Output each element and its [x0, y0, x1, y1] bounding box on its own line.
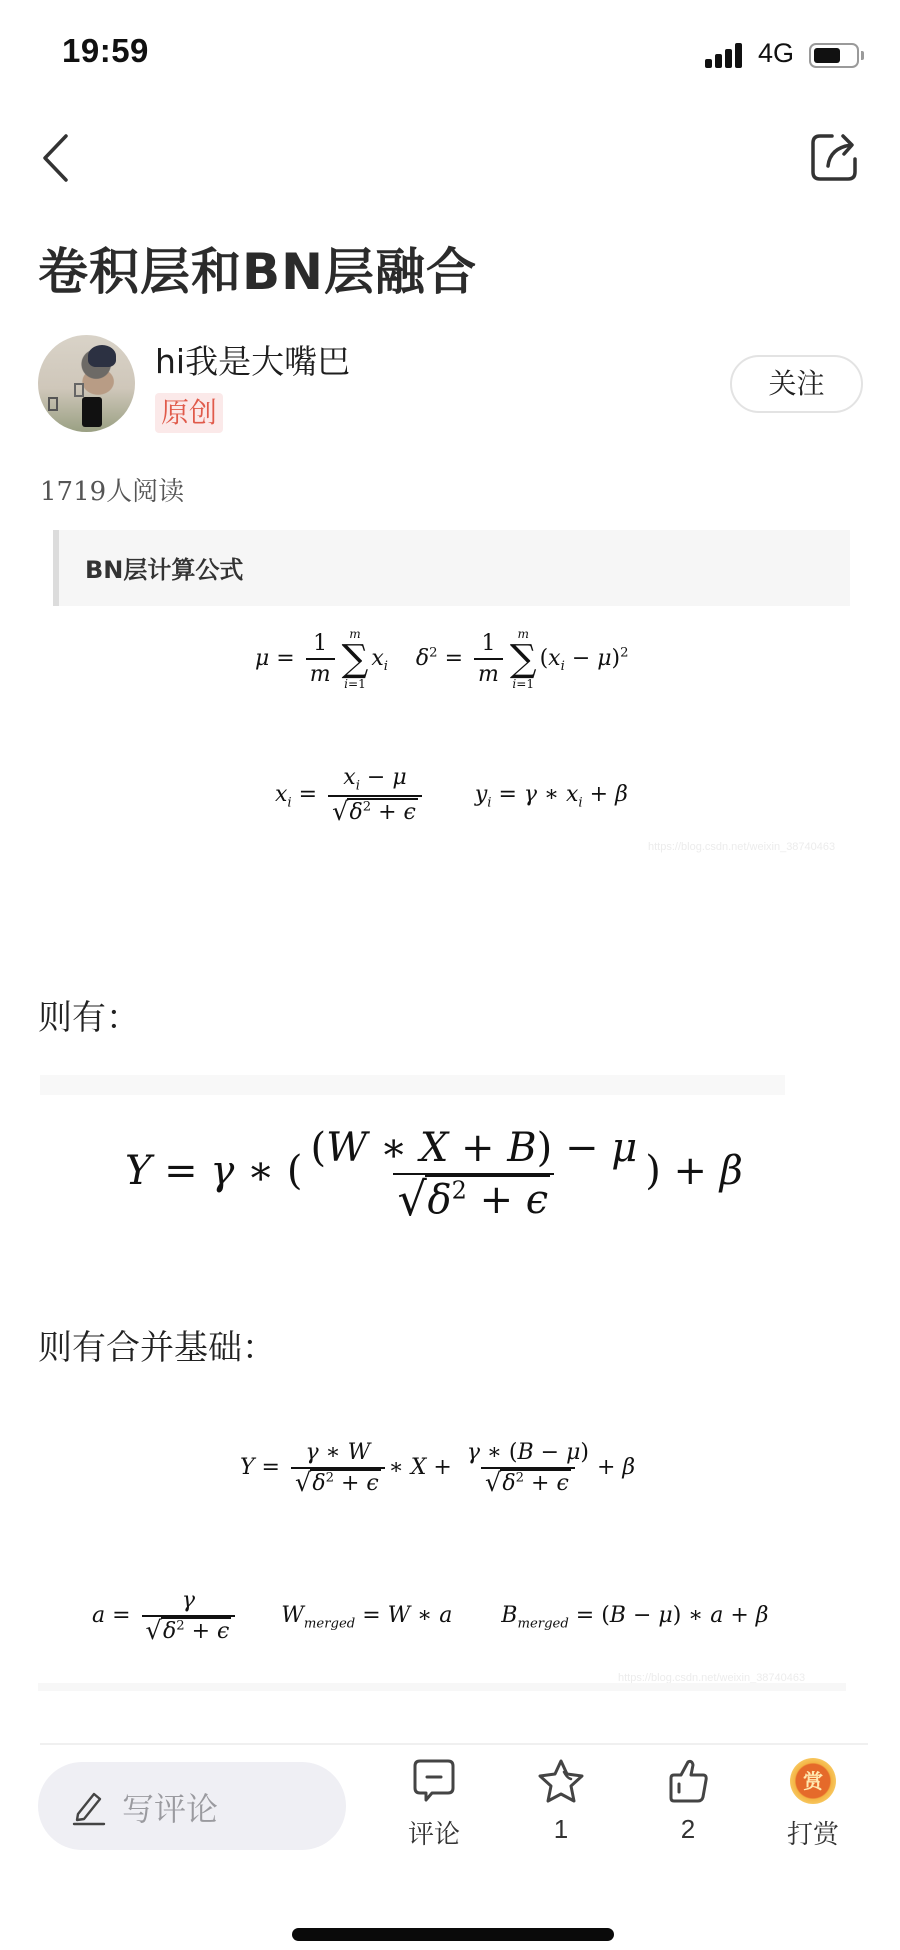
- blockquote-text: BN层计算公式: [85, 550, 243, 585]
- share-icon: [808, 130, 862, 184]
- author-name[interactable]: hi我是大嘴巴: [155, 336, 350, 383]
- image-top-border: [40, 1075, 785, 1095]
- pencil-icon: [70, 1788, 108, 1826]
- share-button[interactable]: [808, 130, 862, 184]
- star-icon: [537, 1758, 585, 1804]
- image-bottom-border: [38, 1683, 846, 1691]
- like-count: 2: [648, 1814, 728, 1845]
- reward-button[interactable]: 赏 打赏: [773, 1758, 853, 1858]
- original-badge: 原创: [155, 393, 223, 433]
- favorite-count: 1: [521, 1814, 601, 1845]
- chevron-left-icon: [36, 130, 80, 186]
- follow-button[interactable]: 关注: [730, 355, 863, 413]
- formula-merged-params: a = γδ2 + ϵ Wmerged = W ∗ a Bmerged = (B…: [92, 1588, 769, 1644]
- comment-placeholder: 写评论: [122, 1784, 218, 1830]
- like-button[interactable]: 2: [648, 1758, 728, 1858]
- article-title: 卷积层和BN层融合: [38, 232, 477, 304]
- paragraph: 则有：: [38, 990, 140, 1039]
- back-button[interactable]: [36, 130, 80, 186]
- reward-label: 打赏: [773, 1814, 853, 1851]
- blockquote: BN层计算公式: [53, 530, 850, 606]
- favorite-button[interactable]: 1: [521, 1758, 601, 1858]
- signal-strength-icon: [705, 43, 747, 68]
- comments-label: 评论: [394, 1814, 474, 1851]
- home-indicator[interactable]: [292, 1928, 614, 1941]
- image-watermark: https://blog.csdn.net/weixin_38740463: [648, 841, 835, 853]
- network-type: 4G: [758, 38, 794, 69]
- status-time: 19:59: [62, 32, 149, 70]
- thumbs-up-icon: [666, 1758, 710, 1804]
- battery-icon: [809, 43, 859, 68]
- reward-coin-icon: 赏: [790, 1758, 836, 1804]
- author-avatar[interactable]: [38, 335, 135, 432]
- write-comment-input[interactable]: 写评论: [38, 1762, 346, 1850]
- comment-icon: [412, 1758, 456, 1804]
- formula-normalize: xi = xi − μδ2 + ϵ yi = γ ∗ xi + β: [275, 765, 628, 825]
- formula-mean-variance: μ = 1mm∑i=1xi δ2 = 1mm∑i=1(xi − μ)2: [255, 628, 629, 690]
- formula-combined: Y = γ ∗ ((W ∗ X + B) − μδ2 + ϵ) + β: [125, 1125, 743, 1223]
- bottom-bar-divider: [40, 1743, 868, 1745]
- comments-button[interactable]: 评论: [394, 1758, 474, 1858]
- read-count: 1719人阅读: [40, 471, 184, 508]
- battery-tip: [861, 51, 864, 60]
- paragraph: 则有合并基础：: [38, 1320, 276, 1369]
- formula-merged: Y = γ ∗ Wδ2 + ϵ∗ X + γ ∗ (B − μ)δ2 + ϵ+ …: [240, 1440, 635, 1496]
